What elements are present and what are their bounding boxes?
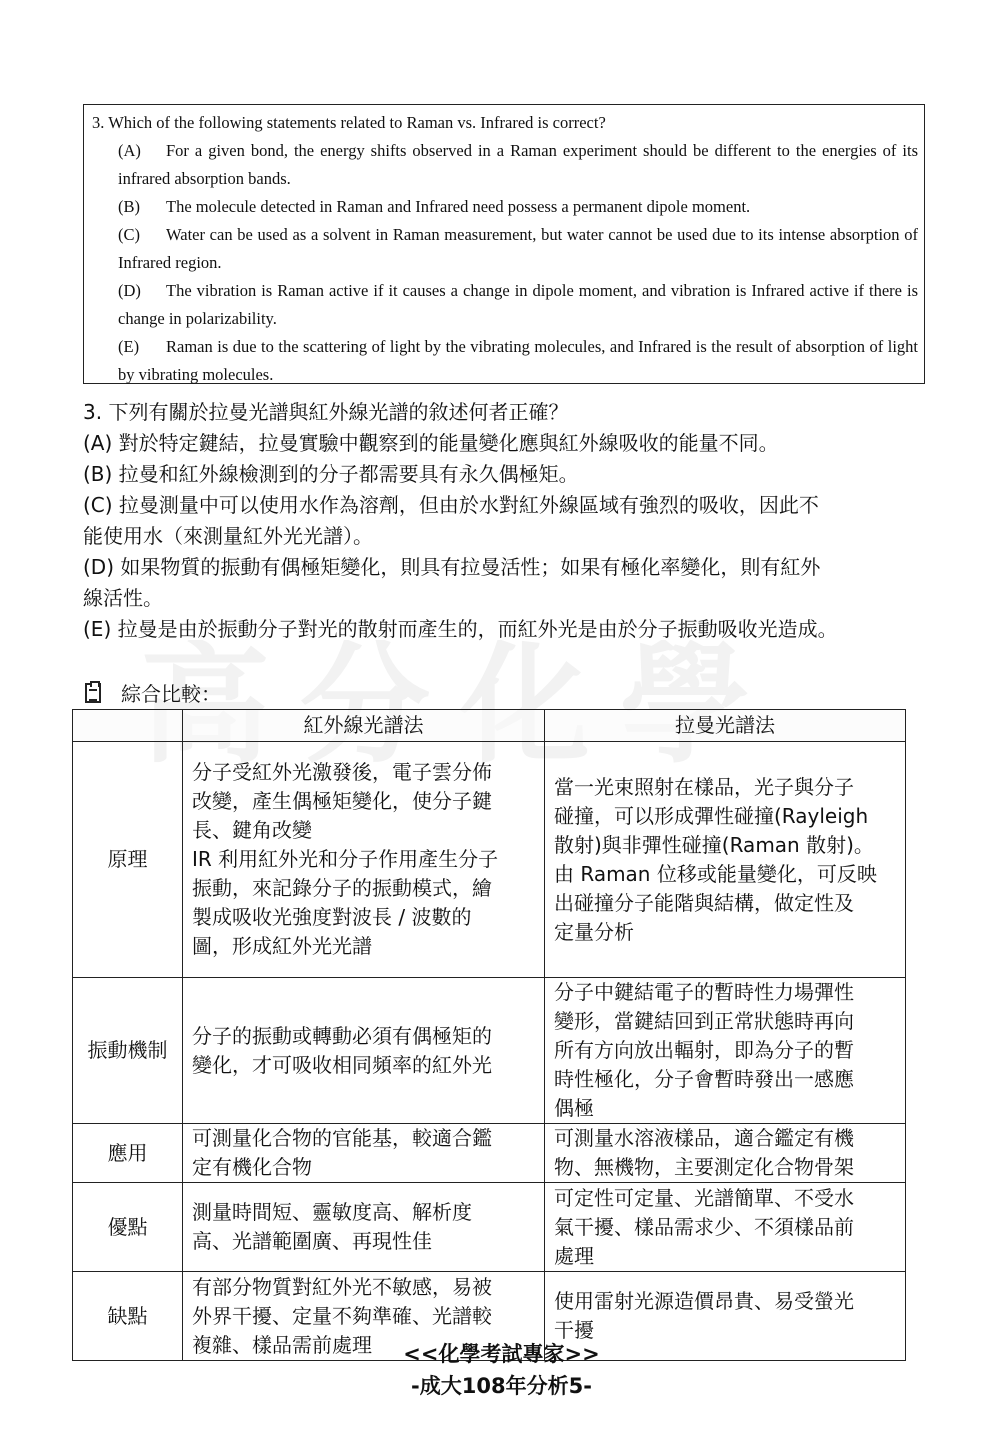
cell-line: 可測量化合物的官能基，較適合鑑 [192,1124,535,1153]
ir-cell: 分子的振動或轉動必須有偶極矩的 變化，才可吸收相同頻率的紅外光 [183,978,545,1124]
cell-line: IR 利用紅外光和分子作用產生分子 [192,845,535,874]
ir-cell: 分子受紅外光激發後，電子雲分佈 改變，產生偶極矩變化，使分子鍵 長、鍵角改變 I… [183,742,545,978]
chinese-line: (B) 拉曼和紅外線檢測到的分子都需要具有永久偶極矩。 [83,459,953,490]
cell-line: 物、無機物，主要測定化合物骨架 [554,1153,896,1182]
cell-line: 時性極化，分子會暫時發出一感應 [554,1065,896,1094]
chinese-line: (A) 對於特定鍵結，拉曼實驗中觀察到的能量變化應與紅外線吸收的能量不同。 [83,428,953,459]
cell-line: 出碰撞分子能階與結構，做定性及 [554,889,896,918]
option-label: (B) [118,193,166,221]
option-text: Raman is due to the scattering of light … [118,337,918,384]
raman-cell: 當一光束照射在樣品，光子與分子 碰撞，可以形成彈性碰撞(Rayleigh 散射)… [545,742,906,978]
row-header: 應用 [73,1124,183,1183]
cell-line: 變形，當鍵結回到正常狀態時再向 [554,1007,896,1036]
cell-line: 分子中鍵結電子的暫時性力場彈性 [554,978,896,1007]
column-header-raman: 拉曼光譜法 [545,710,906,742]
ir-cell: 可測量化合物的官能基，較適合鑑 定有機化合物 [183,1124,545,1183]
option-label: (E) [118,333,166,361]
cell-line: 圖，形成紅外光光譜 [192,932,535,961]
cell-line: 定有機化合物 [192,1153,535,1182]
option-text: The molecule detected in Raman and Infra… [166,197,750,216]
option-text: The vibration is Raman active if it caus… [118,281,918,328]
option-text: Water can be used as a solvent in Raman … [118,225,918,272]
cell-line: 分子的振動或轉動必須有偶極矩的 [192,1022,535,1051]
cell-line: 碰撞，可以形成彈性碰撞(Rayleigh [554,802,896,831]
cell-line: 分子受紅外光激發後，電子雲分佈 [192,758,535,787]
cell-line: 改變，產生偶極矩變化，使分子鍵 [192,787,535,816]
english-question-box: 3. Which of the following statements rel… [83,104,925,384]
cell-line: 振動，來記錄分子的振動模式，繪 [192,874,535,903]
column-header-empty [73,710,183,742]
table-row: 優點 測量時間短、靈敏度高、解析度 高、光譜範圍廣、再現性佳 可定性可定量、光譜… [73,1183,906,1272]
chinese-line: 能使用水（來測量紅外光光譜）。 [83,521,953,552]
english-option-c: (C)Water can be used as a solvent in Ram… [118,221,918,277]
raman-cell: 可定性可定量、光譜簡單、不受水 氣干擾、樣品需求少、不須樣品前 處理 [545,1183,906,1272]
row-header: 原理 [73,742,183,978]
cell-line: 散射)與非彈性碰撞(Raman 散射)。 [554,831,896,860]
ir-cell: 測量時間短、靈敏度高、解析度 高、光譜範圍廣、再現性佳 [183,1183,545,1272]
chinese-question-stem: 3. 下列有關於拉曼光譜與紅外線光譜的敘述何者正確？ [83,397,953,428]
english-option-a: (A)For a given bond, the energy shifts o… [118,137,918,193]
english-option-d: (D)The vibration is Raman active if it c… [118,277,918,333]
summary-heading: 綜合比較： [83,678,221,707]
cell-line: 處理 [554,1242,896,1271]
cell-line: 氣干擾、樣品需求少、不須樣品前 [554,1213,896,1242]
english-option-b: (B)The molecule detected in Raman and In… [118,193,918,221]
footer-brand: <<化學考試專家>> [0,1338,1003,1368]
chinese-question: 3. 下列有關於拉曼光譜與紅外線光譜的敘述何者正確？ (A) 對於特定鍵結，拉曼… [83,397,953,645]
cell-line: 偶極 [554,1094,896,1123]
footer-page-label: -成大108年分析5- [0,1370,1003,1400]
cell-line: 變化，才可吸收相同頻率的紅外光 [192,1051,535,1080]
cell-line: 高、光譜範圍廣、再現性佳 [192,1227,535,1256]
cell-line: 使用雷射光源造價昂貴、易受螢光 [554,1287,896,1316]
option-label: (A) [118,137,166,165]
cell-line: 當一光束照射在樣品，光子與分子 [554,773,896,802]
english-question-stem: 3. Which of the following statements rel… [92,109,918,137]
table-row: 振動機制 分子的振動或轉動必須有偶極矩的 變化，才可吸收相同頻率的紅外光 分子中… [73,978,906,1124]
english-option-e: (E)Raman is due to the scattering of lig… [118,333,918,389]
option-label: (C) [118,221,166,249]
comparison-table: 紅外線光譜法 拉曼光譜法 原理 分子受紅外光激發後，電子雲分佈 改變，產生偶極矩… [72,709,906,1361]
option-label: (D) [118,277,166,305]
option-text: For a given bond, the energy shifts obse… [118,141,918,188]
chinese-line: (C) 拉曼測量中可以使用水作為溶劑，但由於水對紅外線區域有強烈的吸收，因此不 [83,490,953,521]
cell-line: 可定性可定量、光譜簡單、不受水 [554,1184,896,1213]
chinese-line: (E) 拉曼是由於振動分子對光的散射而產生的，而紅外光是由於分子振動吸收光造成。 [83,614,953,645]
clipboard-icon [85,683,101,703]
row-header: 振動機制 [73,978,183,1124]
chinese-line: 線活性。 [83,583,953,614]
summary-title: 綜合比較： [121,678,221,707]
cell-line: 製成吸收光強度對波長 / 波數的 [192,903,535,932]
cell-line: 長、鍵角改變 [192,816,535,845]
column-header-ir: 紅外線光譜法 [183,710,545,742]
raman-cell: 分子中鍵結電子的暫時性力場彈性 變形，當鍵結回到正常狀態時再向 所有方向放出輻射… [545,978,906,1124]
cell-line: 由 Raman 位移或能量變化，可反映 [554,860,896,889]
chinese-line: (D) 如果物質的振動有偶極矩變化，則具有拉曼活性；如果有極化率變化，則有紅外 [83,552,953,583]
table-row: 原理 分子受紅外光激發後，電子雲分佈 改變，產生偶極矩變化，使分子鍵 長、鍵角改… [73,742,906,978]
raman-cell: 可測量水溶液樣品，適合鑑定有機 物、無機物，主要測定化合物骨架 [545,1124,906,1183]
row-header: 優點 [73,1183,183,1272]
cell-line: 定量分析 [554,918,896,947]
table-row: 應用 可測量化合物的官能基，較適合鑑 定有機化合物 可測量水溶液樣品，適合鑑定有… [73,1124,906,1183]
cell-line: 可測量水溶液樣品，適合鑑定有機 [554,1124,896,1153]
cell-line: 測量時間短、靈敏度高、解析度 [192,1198,535,1227]
cell-line: 有部分物質對紅外光不敏感，易被 [192,1273,535,1302]
cell-line: 外界干擾、定量不夠準確、光譜較 [192,1302,535,1331]
cell-line: 所有方向放出輻射，即為分子的暫 [554,1036,896,1065]
table-header-row: 紅外線光譜法 拉曼光譜法 [73,710,906,742]
